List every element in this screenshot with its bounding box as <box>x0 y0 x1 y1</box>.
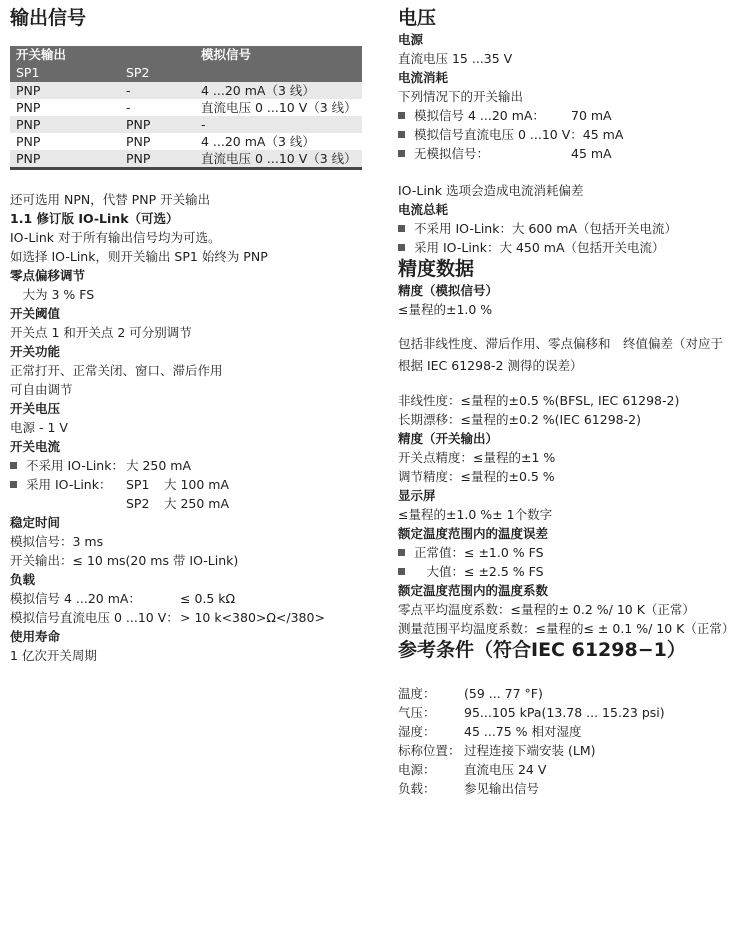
heading-switch-current: 开关电流 <box>10 437 376 456</box>
table-row: PNP PNP - <box>10 116 362 133</box>
spec-value: 45 ...75 % 相对湿度 <box>464 722 582 741</box>
table-header-switch-output: 开关输出 <box>10 46 195 64</box>
table-cell: 直流电压 0 ...10 V（3 线） <box>195 99 362 116</box>
heading-switch-threshold: 开关阈值 <box>10 304 376 323</box>
page-title-voltage: 电压 <box>398 6 740 30</box>
spec-pair-row: 模拟信号 4 ...20 mA： ≤ 0.5 kΩ <box>10 589 376 608</box>
spec-label: 无模拟信号： <box>414 144 571 163</box>
spec-value: 45 mA <box>571 144 612 163</box>
spec-value: 大 600 mA（包括开关电流） <box>512 219 677 238</box>
table-header-row: 开关输出 模拟信号 <box>10 46 362 64</box>
spec-label: 模拟信号直流电压 0 ...10 V： <box>10 608 180 627</box>
table-row: PNP - 直流电压 0 ...10 V（3 线） <box>10 99 362 116</box>
spec-label: 气压： <box>398 703 464 722</box>
table-row: PNP PNP 直流电压 0 ...10 V（3 线） <box>10 150 362 169</box>
spec-label: 温度： <box>398 684 464 703</box>
spec-sp-label: SP1 <box>126 475 164 494</box>
spec-value: (59 ... 77 °F) <box>464 684 543 703</box>
table-cell: PNP <box>120 116 195 133</box>
bullet-square-icon <box>398 150 405 157</box>
page-title-reference-conditions: 参考条件（符合IEC 61298−1） <box>398 638 740 662</box>
table-cell: PNP <box>10 116 120 133</box>
table-row: PNP - 4 ...20 mA（3 线） <box>10 82 362 99</box>
spec-value: 70 mA <box>571 106 612 125</box>
spec-sp-label: SP2 <box>126 494 164 513</box>
spec-line: 调节精度：≤量程的±0.5 % <box>398 467 740 486</box>
table-row: PNP PNP 4 ...20 mA（3 线） <box>10 133 362 150</box>
heading-temperature-error: 额定温度范围内的温度误差 <box>398 524 740 543</box>
table-header-blank <box>195 64 362 82</box>
table-subheader-row: SP1 SP2 <box>10 64 362 82</box>
spec-value: 参见输出信号 <box>464 779 539 798</box>
spec-value: 过程连接下端安装 (LM) <box>464 741 595 760</box>
spec-line: 如选择 IO-Link，则开关输出 SP1 始终为 PNP <box>10 247 376 266</box>
bullet-row: 采用 IO-Link： 大 450 mA（包括开关电流） <box>398 238 740 257</box>
spec-line: 大为 3 % FS <box>10 285 376 304</box>
table-cell: PNP <box>10 133 120 150</box>
table-cell: 4 ...20 mA（3 线） <box>195 133 362 150</box>
spec-line: 测量范围平均温度系数：≤量程的≤ ± 0.1 %/ 10 K（正常） <box>398 619 740 638</box>
heading-service-life: 使用寿命 <box>10 627 376 646</box>
spec-line: 1 亿次开关周期 <box>10 646 376 665</box>
heading-switch-function: 开关功能 <box>10 342 376 361</box>
spec-line: 下列情况下的开关输出 <box>398 87 740 106</box>
spec-pair-row: 湿度： 45 ...75 % 相对湿度 <box>398 722 740 741</box>
table-cell: 4 ...20 mA（3 线） <box>195 82 362 99</box>
spec-value: 95...105 kPa(13.78 ... 15.23 psi) <box>464 703 665 722</box>
heading-load: 负载 <box>10 570 376 589</box>
spec-pair-row: 标称位置： 过程连接下端安装 (LM) <box>398 741 740 760</box>
bullet-row: 正常值：≤ ±1.0 % FS <box>398 543 740 562</box>
heading-accuracy-switch: 精度（开关输出） <box>398 429 740 448</box>
spec-line: ≤量程的±1.0 % <box>398 300 740 319</box>
spec-label: 负载： <box>398 779 464 798</box>
spec-value: 大 250 mA <box>164 494 229 513</box>
output-signal-table: 开关输出 模拟信号 SP1 SP2 PNP - 4 ...20 mA（3 线） … <box>10 46 362 170</box>
spec-pair-row: 模拟信号直流电压 0 ...10 V： > 10 k<380>Ω</380> <box>10 608 376 627</box>
bullet-square-icon <box>398 225 405 232</box>
spec-pair-row: 负载： 参见输出信号 <box>398 779 740 798</box>
spec-label: 不采用 IO-Link： <box>414 219 512 238</box>
spec-value: 大 450 mA（包括开关电流） <box>499 238 664 257</box>
spec-value: ≤ 0.5 kΩ <box>180 589 235 608</box>
spec-line: 正常打开、正常关闭、窗口、滞后作用 <box>10 361 376 380</box>
spec-line: 零点平均温度系数：≤量程的± 0.2 %/ 10 K（正常） <box>398 600 740 619</box>
spec-value: 直流电压 24 V <box>464 760 546 779</box>
bullet-row: 模拟信号直流电压 0 ...10 V： 45 mA <box>398 125 740 144</box>
npn-note: 还可选用 NPN，代替 PNP 开关输出 <box>10 190 376 209</box>
spec-label: 标称位置： <box>398 741 464 760</box>
spec-line: 长期漂移：≤量程的±0.2 %(IEC 61298-2) <box>398 410 740 429</box>
io-link-deviation-note: IO-Link 选项会造成电流消耗偏差 <box>398 181 740 200</box>
bullet-square-icon <box>398 131 405 138</box>
spec-line: IO-Link 对于所有输出信号均为可选。 <box>10 228 376 247</box>
heading-display: 显示屏 <box>398 486 740 505</box>
table-header-sp2: SP2 <box>120 64 195 82</box>
bullet-row: 不采用 IO-Link： 大 600 mA（包括开关电流） <box>398 219 740 238</box>
spec-label: 采用 IO-Link： <box>414 238 499 257</box>
heading-accuracy-analog: 精度（模拟信号） <box>398 281 740 300</box>
spec-value: 大值：≤ ±2.5 % FS <box>414 562 544 581</box>
spec-line: 电源 - 1 V <box>10 418 376 437</box>
spec-label: 模拟信号 4 ...20 mA： <box>10 589 180 608</box>
spec-line: 开关输出：≤ 10 ms(20 ms 带 IO-Link) <box>10 551 376 570</box>
left-column: 输出信号 开关输出 模拟信号 SP1 SP2 PNP - 4 ...20 mA（ <box>10 6 376 946</box>
table-cell: PNP <box>120 133 195 150</box>
table-cell: - <box>195 116 362 133</box>
page-title-accuracy-data: 精度数据 <box>398 257 740 281</box>
table-cell: 直流电压 0 ...10 V（3 线） <box>195 150 362 169</box>
bullet-square-icon <box>398 112 405 119</box>
spec-pair-row: 温度： (59 ... 77 °F) <box>398 684 740 703</box>
table-cell: - <box>120 99 195 116</box>
heading-zero-offset: 零点偏移调节 <box>10 266 376 285</box>
bullet-square-icon <box>10 462 17 469</box>
spec-line: 包括非线性度、滞后作用、零点偏移和 终值偏差（对应于 <box>398 333 740 355</box>
table-cell: - <box>120 82 195 99</box>
spec-value: 大 250 mA <box>126 456 191 475</box>
spec-label: 模拟信号直流电压 0 ...10 V： <box>414 125 583 144</box>
bullet-square-icon <box>398 244 405 251</box>
spec-label: 模拟信号 4 ...20 mA： <box>414 106 571 125</box>
spec-line: ≤量程的±1.0 %± 1个数字 <box>398 505 740 524</box>
heading-temperature-coefficient: 额定温度范围内的温度系数 <box>398 581 740 600</box>
table-cell: PNP <box>10 150 120 169</box>
spec-label: 不采用 IO-Link： <box>26 456 126 475</box>
spec-line: 开关点精度：≤量程的±1 % <box>398 448 740 467</box>
spec-line: 直流电压 15 ...35 V <box>398 49 740 68</box>
spec-value: 45 mA <box>583 125 624 144</box>
heading-settling-time: 稳定时间 <box>10 513 376 532</box>
spec-line: 模拟信号：3 ms <box>10 532 376 551</box>
bullet-row: 采用 IO-Link： SP1 大 100 mA <box>10 475 376 494</box>
bullet-row: 无模拟信号： 45 mA <box>398 144 740 163</box>
datasheet-page: 输出信号 开关输出 模拟信号 SP1 SP2 PNP - 4 ...20 mA（ <box>0 0 750 952</box>
table-header-sp1: SP1 <box>10 64 120 82</box>
spec-value: 大 100 mA <box>164 475 229 494</box>
spec-value: 正常值：≤ ±1.0 % FS <box>414 543 544 562</box>
table-cell: PNP <box>120 150 195 169</box>
spec-label: 电源： <box>398 760 464 779</box>
bullet-row: 大值：≤ ±2.5 % FS <box>398 562 740 581</box>
heading-total-current: 电流总耗 <box>398 200 740 219</box>
spec-label: 湿度： <box>398 722 464 741</box>
heading-io-link: 1.1 修订版 IO-Link（可选） <box>10 209 376 228</box>
right-column: 电压 电源 直流电压 15 ...35 V 电流消耗 下列情况下的开关输出 模拟… <box>398 6 740 946</box>
spec-pair-row: 电源： 直流电压 24 V <box>398 760 740 779</box>
spec-label: 采用 IO-Link： <box>26 475 126 494</box>
bullet-row-continuation: SP2 大 250 mA <box>126 494 376 513</box>
bullet-square-icon <box>398 549 405 556</box>
heading-current-consumption: 电流消耗 <box>398 68 740 87</box>
spec-line: 根据 IEC 61298-2 测得的误差） <box>398 355 740 377</box>
bullet-row: 不采用 IO-Link： 大 250 mA <box>10 456 376 475</box>
spec-line: 可自由调节 <box>10 380 376 399</box>
table-header-analog-signal: 模拟信号 <box>195 46 362 64</box>
heading-switch-voltage: 开关电压 <box>10 399 376 418</box>
table-cell: PNP <box>10 99 120 116</box>
page-title-output-signal: 输出信号 <box>10 6 376 30</box>
spec-line: 非线性度：≤量程的±0.5 %(BFSL, IEC 61298-2) <box>398 391 740 410</box>
spec-pair-row: 气压： 95...105 kPa(13.78 ... 15.23 psi) <box>398 703 740 722</box>
bullet-square-icon <box>10 481 17 488</box>
heading-power-supply: 电源 <box>398 30 740 49</box>
bullet-square-icon <box>398 568 405 575</box>
spec-value: > 10 k<380>Ω</380> <box>180 608 325 627</box>
spec-line: 开关点 1 和开关点 2 可分别调节 <box>10 323 376 342</box>
bullet-row: 模拟信号 4 ...20 mA： 70 mA <box>398 106 740 125</box>
table-cell: PNP <box>10 82 120 99</box>
